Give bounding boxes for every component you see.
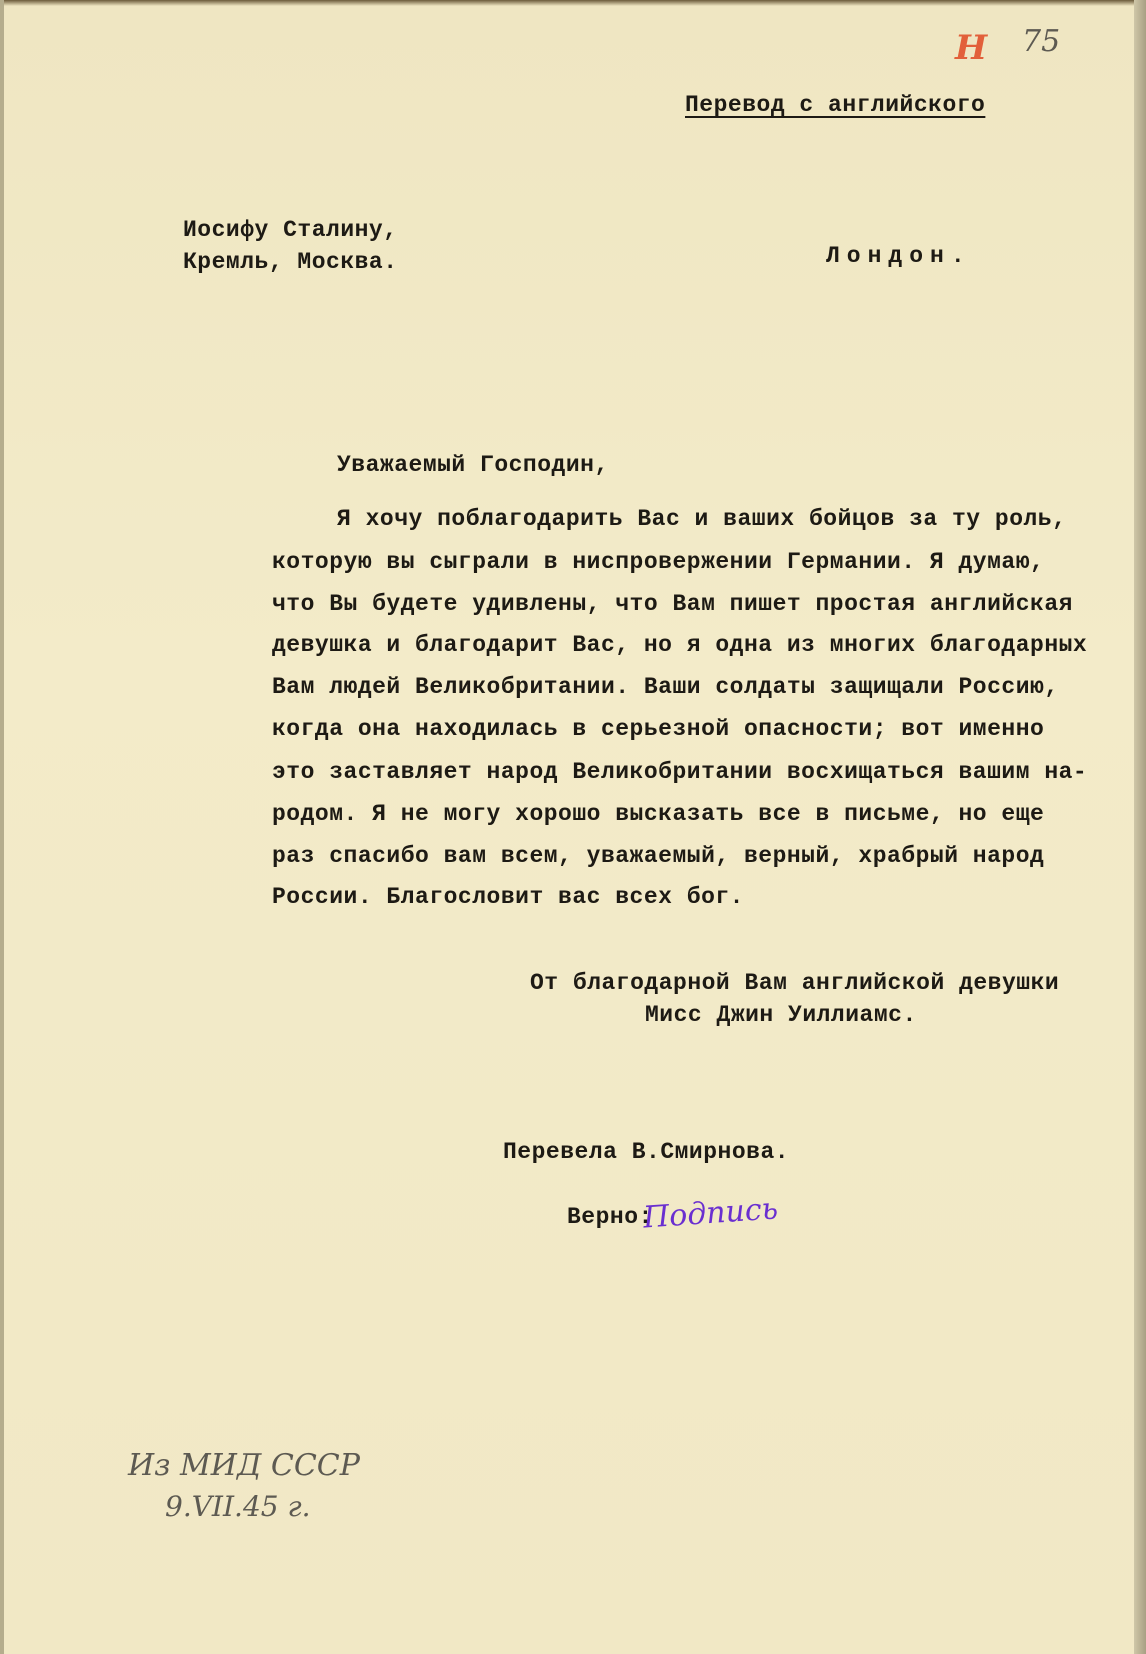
archive-note-line-1: Из МИД СССР (128, 1448, 360, 1483)
translator-line: Перевела В.Смирнова. (503, 1139, 789, 1165)
body-line: что Вы будете удивлены, что Вам пишет пр… (272, 591, 1073, 617)
scan-left-edge (0, 0, 4, 1654)
page-number: 75 (1022, 24, 1060, 59)
body-line: России. Благословит вас всех бог. (272, 884, 744, 910)
body-line: Вам людей Великобритании. Ваши солдаты з… (272, 674, 1059, 700)
handwritten-signature: Подпись (642, 1191, 779, 1235)
red-pencil-mark: Н (955, 28, 987, 68)
document-heading: Перевод с английского (685, 92, 985, 118)
closing-line-1: От благодарной Вам английской девушки (530, 970, 1059, 996)
closing-signature-name: Мисс Джин Уиллиамс. (645, 1002, 917, 1028)
scan-top-edge (0, 0, 1146, 6)
body-line: раз спасибо вам всем, уважаемый, верный,… (272, 843, 1044, 869)
body-line: когда она находилась в серьезной опаснос… (272, 716, 1044, 742)
scan-right-edge (1134, 0, 1146, 1654)
body-line: родом. Я не могу хорошо высказать все в … (272, 801, 1044, 827)
salutation: Уважаемый Господин, (337, 452, 609, 478)
addressee-line-2: Кремль, Москва. (183, 249, 398, 275)
document-page: Н 75 Перевод с английского Иосифу Сталин… (0, 0, 1136, 1654)
verified-label: Верно: (567, 1204, 653, 1230)
place-of-origin: Лондон. (826, 243, 972, 269)
archive-note-line-2: 9.VII.45 г. (165, 1490, 311, 1523)
addressee-line-1: Иосифу Сталину, (183, 217, 398, 243)
body-line: Я хочу поблагодарить Вас и ваших бойцов … (337, 506, 1066, 532)
body-line: это заставляет народ Великобритании восх… (272, 759, 1087, 785)
body-line: девушка и благодарит Вас, но я одна из м… (272, 632, 1087, 658)
body-line: которую вы сыграли в ниспровержении Герм… (272, 549, 1044, 575)
